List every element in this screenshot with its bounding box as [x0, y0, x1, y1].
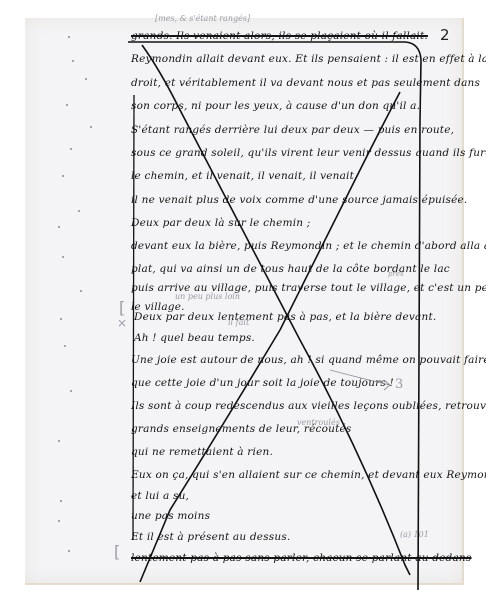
cross-diagonal-1: [142, 45, 410, 575]
frame-left-line: [133, 95, 134, 540]
cross-out-marks: [0, 0, 486, 599]
cross-diagonal-2: [140, 92, 400, 582]
pencil-arrow: [330, 370, 390, 390]
